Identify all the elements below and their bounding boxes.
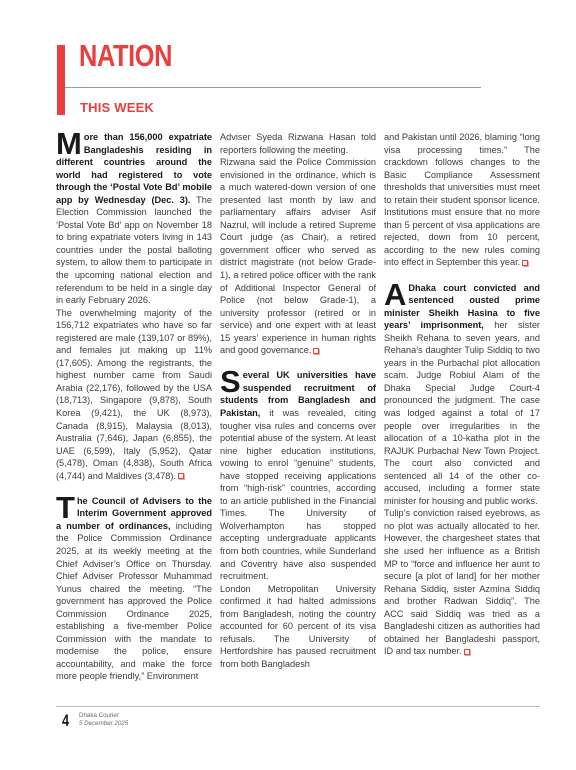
column-3: and Pakistan until 2026, blaming “long v… <box>384 131 540 658</box>
end-mark-icon <box>464 649 470 655</box>
article-hasina-verdict: A Dhaka court convicted and sentenced ou… <box>384 282 540 658</box>
article-uk-universities: Several UK universities have suspended r… <box>220 369 376 670</box>
article-text: Tulip’s conviction raised eyebrows, as n… <box>384 508 540 656</box>
article-text: her sister Sheikh Rehana to seven years,… <box>384 320 540 506</box>
article-text: and Pakistan until 2026, blaming “long v… <box>384 132 540 267</box>
column-1: More than 156,000 expatriate Bangladeshi… <box>56 131 212 683</box>
article-paragraph: Adviser Syeda Rizwana Hasan told reporte… <box>220 131 376 156</box>
article-police-commission: The Council of Advisers to the Interim G… <box>56 495 212 683</box>
article-text: The Election Commission launched the ‘Po… <box>56 195 212 305</box>
drop-cap: M <box>56 132 82 156</box>
article-paragraph: A Dhaka court convicted and sentenced ou… <box>384 282 540 508</box>
footer-divider <box>56 706 540 707</box>
article-paragraph: Several UK universities have suspended r… <box>220 369 376 582</box>
article-text: The overwhelming majority of the 156,712… <box>56 308 212 481</box>
article-text: Rizwana said the Police Commission envis… <box>220 157 376 355</box>
drop-cap: T <box>56 496 75 520</box>
article-paragraph: and Pakistan until 2026, blaming “long v… <box>384 131 540 269</box>
article-paragraph: Tulip’s conviction raised eyebrows, as n… <box>384 507 540 658</box>
article-paragraph: Rizwana said the Police Commission envis… <box>220 156 376 357</box>
column-2: Adviser Syeda Rizwana Hasan told reporte… <box>220 131 376 670</box>
article-postal-vote: More than 156,000 expatriate Bangladeshi… <box>56 131 212 482</box>
article-paragraph: The overwhelming majority of the 156,712… <box>56 307 212 483</box>
article-text: Adviser Syeda Rizwana Hasan told reporte… <box>220 132 376 155</box>
article-paragraph: The Council of Advisers to the Interim G… <box>56 495 212 683</box>
publication-date: 5 December 2025 <box>79 721 128 727</box>
end-mark-icon <box>313 348 319 354</box>
article-paragraph: More than 156,000 expatriate Bangladeshi… <box>56 131 212 307</box>
drop-cap: S <box>220 370 241 394</box>
article-text: including the Police Commission Ordinanc… <box>56 521 212 682</box>
article-text: it was revealed, citing tougher visa rul… <box>220 408 376 581</box>
article-paragraph: London Metropolitan University confirmed… <box>220 583 376 671</box>
section-subtitle: THIS WEEK <box>80 101 154 114</box>
end-mark-icon <box>178 473 184 479</box>
section-accent-bar <box>57 45 65 115</box>
drop-cap: A <box>384 283 406 307</box>
end-mark-icon <box>522 260 528 266</box>
publication-name: Dhaka Courier <box>79 713 119 719</box>
article-text: London Metropolitan University confirmed… <box>220 584 376 669</box>
page-number: 4 <box>62 712 69 729</box>
section-title: NATION <box>79 40 172 71</box>
header-divider <box>65 87 481 88</box>
